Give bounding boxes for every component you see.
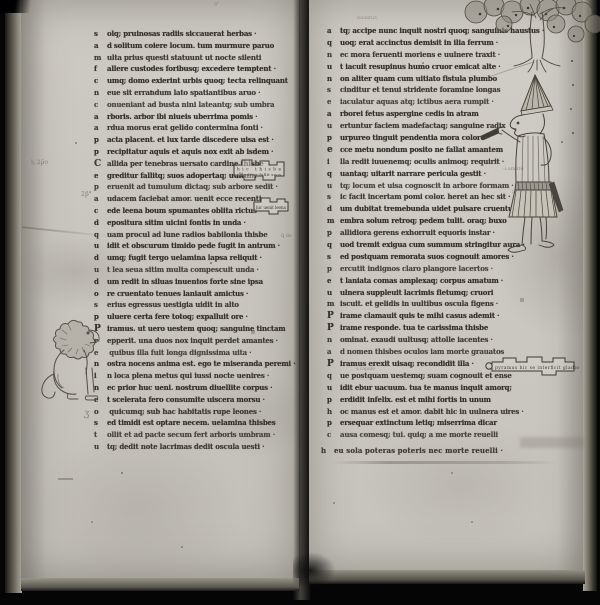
verse-text: d solitum coiere locum. tum murmure paru…: [107, 41, 274, 50]
verse-line: serius egressus uestigia uidit in alto: [94, 301, 295, 313]
verse-initial: n: [94, 89, 102, 96]
verse-initial: c: [94, 207, 102, 214]
verse-initial: p: [327, 396, 335, 403]
verse-text: udacem faciebat amor. uenit ecce recenti: [107, 194, 261, 203]
verse-initial: q: [327, 39, 335, 46]
verse-initial: f: [94, 65, 102, 72]
verse-initial: h: [327, 408, 335, 415]
left-page-verse-column: solq; pruinosas radiis siccauerat herbas…: [94, 30, 295, 455]
verse-initial: h: [321, 447, 329, 454]
verse-text: olq; pruinosas radiis siccauerat herbas …: [107, 29, 256, 38]
verse-initial: C: [94, 160, 102, 169]
margin-note: 2p̃°: [81, 191, 92, 198]
verse-text: allere custodes foribusq; excedere tempt…: [107, 64, 276, 73]
verse-initial: m: [327, 300, 335, 307]
verse-initial: d: [327, 205, 335, 212]
verse-line: conueniant ad busta nini lateantq; sub u…: [94, 101, 295, 113]
manuscript-photograph: solq; pruinosas radiis siccauerat herbas…: [0, 0, 600, 605]
verse-text: epositura sitim uicini fontis in unda ·: [107, 218, 246, 227]
verse-text: allidiora gerens exhorruit equoris insta…: [340, 228, 495, 237]
verse-initial: e: [94, 172, 102, 179]
verse-initial: u: [94, 443, 102, 450]
verse-text: recipitatur aquis et aquis nox exit ab i…: [107, 147, 273, 156]
verse-text: irame responde. tua te carissima thisbe: [340, 323, 488, 332]
verse-initial: p: [327, 229, 335, 236]
verse-initial: n: [327, 75, 335, 82]
verse-initial: e: [327, 277, 335, 284]
interlinear-gloss: s;capulo: [356, 367, 375, 372]
verse-initial: u: [327, 122, 335, 129]
verse-text: idit et obscurum timido pede fugit in an…: [107, 241, 280, 250]
interlinear-gloss: haustus: [357, 15, 377, 21]
verse-text: rdua morus erat gelido contermina fonti …: [107, 123, 263, 132]
verse-line: o quicumq; sub hac habitatis rupe leones…: [94, 408, 295, 420]
verse-text: uantaq; uitarit narrare pericula gestit …: [340, 169, 486, 178]
verse-line: heu sola poteras poteris nec morte reuel…: [321, 447, 544, 459]
verse-initial: d: [94, 254, 102, 261]
verse-text: ostra nocens anima est. ego te miseranda…: [107, 359, 295, 368]
verse-text: irame clamauit quis te mihi casus ademit…: [340, 311, 499, 320]
verse-text: oc manus est et amor. dabit hic in uulne…: [340, 407, 524, 416]
verse-initial: t: [94, 431, 102, 438]
verse-initial: u: [94, 242, 102, 249]
verse-line: multa prius questi statuunt ut nocte sil…: [94, 54, 295, 66]
verse-initial: a: [94, 113, 102, 120]
verse-initial: u: [94, 266, 102, 273]
verse-text: ede leena boum spumantes oblita rictus: [107, 206, 257, 215]
verse-text: d nomen thisbes oculos iam morte grauato…: [340, 347, 504, 356]
verse-text: n loca plena metus qui iussi nocte uenir…: [107, 371, 269, 380]
margin-dash: [58, 478, 73, 480]
verse-initial: p: [94, 183, 102, 190]
verse-initial: c: [327, 431, 335, 438]
verse-initial: q: [327, 372, 335, 379]
verse-text: ausa comesq; tui. quiq; a me morte reuel…: [340, 430, 498, 439]
verse-initial: n: [327, 336, 335, 343]
verse-initial: p: [327, 134, 335, 141]
verse-text: ercutit indignos claro plangore lacertos…: [340, 264, 493, 273]
verse-initial: u: [327, 63, 335, 70]
verse-line: causa comesq; tui. quiq; a me morte reue…: [327, 431, 544, 443]
verse-text: ulta prius questi statuunt ut nocte sile…: [107, 53, 261, 62]
verse-initial: m: [327, 217, 335, 224]
svg-text:hic uenit leena: hic uenit leena: [256, 205, 287, 210]
verse-line: hoc manus est et amor. dabit hic in uuln…: [327, 408, 544, 420]
verse-text: ed timidi est optare necem. uelamina thi…: [107, 418, 276, 427]
verse-initial: e: [327, 146, 335, 155]
book-left-page-stack-edge: [5, 0, 22, 593]
verse-text: ulnera suppleuit lacrimis fletumq; cruor…: [340, 288, 493, 297]
verse-initial: c: [94, 77, 102, 84]
verse-initial: s: [327, 193, 335, 200]
verse-line: utq; dedit note lacrimas dedit oscula ue…: [94, 443, 295, 455]
verse-text: iramus. ut uero uestem quoq; sanguine ti…: [107, 324, 285, 333]
gloss-banner-thisbe: hic thisbe egreditur·fallit suos: [232, 156, 286, 186]
verse-text: idit ebur uacuum. tua te manus inquit am…: [340, 383, 512, 392]
verse-text: ec prior huc ueni. nostrum diuellite cor…: [107, 383, 272, 392]
verse-initial: e: [327, 98, 335, 105]
verse-initial: i: [327, 158, 335, 165]
photo-corner-shadow: [0, 0, 40, 13]
verse-initial: s: [327, 253, 335, 260]
verse-text: quibus illa fuit longa dignissima uita ·: [107, 348, 251, 357]
verse-initial: u: [327, 384, 335, 391]
verse-text: iscuit. et gelidis in uultibus oscula fi…: [340, 299, 498, 308]
verse-initial: q: [327, 241, 335, 248]
verse-initial: m: [94, 54, 102, 61]
verse-line: ardua morus erat gelido contermina fonti…: [94, 124, 295, 136]
verse-initial: u: [327, 289, 335, 296]
verse-text: eue sit errandum lato spatiantibus aruo …: [107, 88, 260, 97]
verse-initial: n: [327, 51, 335, 58]
verse-initial: s: [327, 86, 335, 93]
verse-initial: P: [327, 360, 335, 369]
verse-initial: s: [94, 30, 102, 37]
verse-text: um redit in siluas inuentos forte sine i…: [107, 277, 263, 286]
verse-initial: a: [94, 195, 102, 202]
verse-initial: a: [327, 348, 335, 355]
svg-text:pyramus hic se interficit glad: pyramus hic se interficit gladio: [495, 366, 579, 371]
verse-initial: c: [94, 101, 102, 108]
verse-text: t laniata comas amplexaq; corpus amatum …: [340, 276, 503, 285]
verse-text: epperit. una duos nox inquit perdet aman…: [107, 336, 278, 345]
verse-initial: q: [327, 170, 335, 177]
verse-text: umq; domo exierint urbis quoq; tecta rel…: [107, 76, 288, 85]
left-page-bottom-edge: [21, 578, 299, 591]
verse-text: ominat. exaudi uultusq; attolle iacentes…: [340, 335, 493, 344]
gloss-banner-leaena: hic uenit leena: [252, 196, 290, 216]
verse-text: iaculatur aquas atq; ictibus aera rumpit…: [340, 97, 494, 106]
top-margin-mark: ꝯ°: [214, 1, 219, 7]
gloss-banner-pyramus: pyramus hic se interficit gladio: [484, 352, 586, 380]
verse-text: ollit et ad pacte secum fert arboris umb…: [107, 430, 275, 439]
verse-initial: p: [327, 419, 335, 426]
verse-text: umq; fugit tergo uelamina lapsa reliquit…: [107, 253, 262, 262]
lioness-drawing: [38, 312, 106, 412]
verse-text: rboris. arbor ibi niueis uberrima pomis …: [107, 112, 257, 121]
verse-initial: P: [327, 324, 335, 333]
verse-text: acta placent. et lux tarde discedere uis…: [107, 135, 274, 144]
verse-initial: u: [327, 182, 335, 189]
verse-text: re cruentato tenues laniauit amictus ·: [107, 289, 248, 298]
verse-text: rborei fetus aspergine cedis in atram: [340, 109, 479, 118]
verse-initial: s: [94, 419, 102, 426]
verse-line: percutit indignos claro plangore lacerto…: [327, 265, 544, 277]
ink-specks: [0, 0, 2, 2]
verse-initial: p: [94, 136, 102, 143]
verse-initial: a: [327, 110, 335, 117]
ink-smudge: [332, 461, 560, 464]
verse-text: erius egressus uestigia uidit in alto: [107, 300, 239, 309]
verse-initial: s: [94, 301, 102, 308]
verse-initial: p: [327, 265, 335, 272]
verse-initial: p: [94, 148, 102, 155]
verse-initial: o: [94, 290, 102, 297]
gutter-bottom-shadow: [293, 542, 351, 588]
verse-initial: d: [94, 219, 102, 226]
verse-initial: d: [94, 278, 102, 285]
verse-line: ut lea seua sitim multa compescuit unda …: [94, 266, 295, 278]
verse-initial: a: [327, 27, 335, 34]
verse-text: t lea seua sitim multa compescuit unda ·: [107, 265, 259, 274]
verse-text: uluere certa fere totoq; expalluit ore ·: [107, 312, 248, 321]
verse-line: miscuit. et gelidis in uultibus oscula f…: [327, 300, 544, 312]
verse-text: quicumq; sub hac habitatis rupe leones ·: [107, 407, 261, 416]
verse-text: uam procul ad lune radios babilonia this…: [107, 230, 268, 239]
svg-text:egreditur·fallit suos: egreditur·fallit suos: [237, 172, 281, 177]
verse-text: eu sola poteras poteris nec morte reuell…: [334, 446, 503, 455]
verse-initial: a: [94, 124, 102, 131]
verse-initial: P: [327, 312, 335, 321]
verse-text: tq; dedit note lacrimas dedit oscula ues…: [107, 442, 264, 451]
verse-initial: a: [94, 42, 102, 49]
line-end-gloss: q̃ de: [281, 233, 292, 239]
verse-text: t scelerata fero consumite uiscera morsu…: [107, 395, 265, 404]
pyramus-figure-drawing: [476, 70, 572, 260]
verse-text: erdidit infelix. est et mihi fortis in u…: [340, 395, 491, 404]
verse-line: in loca plena metus qui iussi nocte ueni…: [94, 372, 295, 384]
verse-initial: q: [94, 231, 102, 238]
verse-line: e quibus illa fuit longa dignissima uita…: [94, 349, 295, 361]
verse-line: quam procul ad lune radios babilonia thi…: [94, 231, 295, 243]
verse-text: urpureo tinguit pendentia mora colore ·: [340, 133, 489, 142]
margin-note: ḣ 2p̃o: [31, 159, 48, 167]
verse-text: ersequar extinctum letiq; miserrima dica…: [340, 418, 497, 427]
verse-text: onueniant ad busta nini lateantq; sub um…: [107, 100, 274, 109]
